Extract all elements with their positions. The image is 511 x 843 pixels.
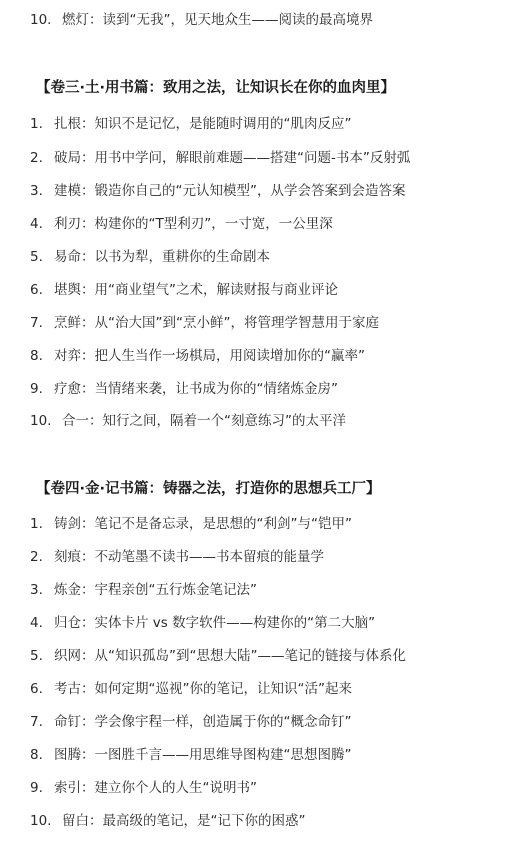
item-text: 堪舆：用“商业望气”之术，解读财报与商业评论 — [54, 282, 338, 298]
list-item: 4.利刃：构建你的“T型利刃”，一寸宽，一公里深 — [30, 215, 333, 233]
item-number: 6. — [30, 680, 54, 698]
item-number: 10. — [30, 412, 62, 430]
item-number: 3. — [30, 581, 54, 599]
item-number: 5. — [30, 647, 54, 665]
item-text: 烹鲜：从“治大国”到“烹小鲜”，将管理学智慧用于家庭 — [54, 315, 379, 331]
list-item: 5.易命：以书为犁，重耕你的生命剧本 — [30, 248, 270, 266]
item-text: 易命：以书为犁，重耕你的生命剧本 — [54, 249, 270, 265]
item-number: 10. — [30, 11, 62, 29]
item-number: 7. — [30, 713, 54, 731]
item-number: 2. — [30, 149, 54, 167]
item-text: 考古：如何定期“巡视”你的笔记，让知识“活”起来 — [54, 681, 352, 697]
item-text: 留白：最高级的笔记，是“记下你的困惑” — [62, 813, 306, 829]
list-item: 8.图腾：一图胜千言——用思维导图构建“思想图腾” — [30, 746, 352, 764]
item-text: 图腾：一图胜千言——用思维导图构建“思想图腾” — [54, 747, 352, 763]
item-text: 建模：锻造你自己的“元认知模型”，从学会答案到会造答案 — [54, 183, 406, 199]
list-item: 3.炼金：宇程亲创“五行炼金笔记法” — [30, 581, 257, 599]
list-item: 9.索引：建立你个人的人生“说明书” — [30, 779, 257, 797]
list-item: 10.留白：最高级的笔记，是“记下你的困惑” — [30, 812, 306, 830]
list-item: 8.对弈：把人生当作一场棋局，用阅读增加你的“赢率” — [30, 347, 365, 365]
item-text: 刻痕：不动笔墨不读书——书本留痕的能量学 — [54, 549, 324, 565]
item-number: 4. — [30, 215, 54, 233]
item-number: 1. — [30, 515, 54, 533]
item-text: 归仓：实体卡片 vs 数字软件——构建你的“第二大脑” — [54, 615, 375, 631]
list-item: 2.刻痕：不动笔墨不读书——书本留痕的能量学 — [30, 548, 324, 566]
item-text: 合一：知行之间，隔着一个“刻意练习”的太平洋 — [62, 413, 346, 429]
item-number: 9. — [30, 380, 54, 398]
list-item: 7.命钉：学会像宇程一样，创造属于你的“概念命钉” — [30, 713, 352, 731]
item-text: 对弈：把人生当作一场棋局，用阅读增加你的“赢率” — [54, 348, 365, 364]
item-number: 4. — [30, 614, 54, 632]
item-number: 3. — [30, 182, 54, 200]
item-number: 6. — [30, 281, 54, 299]
item-text: 利刃：构建你的“T型利刃”，一寸宽，一公里深 — [54, 216, 333, 232]
list-item: 6.堪舆：用“商业望气”之术，解读财报与商业评论 — [30, 281, 338, 299]
list-item: 5.织网：从“知识孤岛”到“思想大陆”——笔记的链接与体系化 — [30, 647, 406, 665]
item-number: 2. — [30, 548, 54, 566]
item-text: 索引：建立你个人的人生“说明书” — [54, 780, 257, 796]
item-text: 燃灯：读到“无我”，见天地众生——阅读的最高境界 — [62, 12, 373, 28]
item-text: 命钉：学会像宇程一样，创造属于你的“概念命钉” — [54, 714, 352, 730]
item-number: 9. — [30, 779, 54, 797]
item-number: 1. — [30, 115, 54, 133]
item-number: 8. — [30, 746, 54, 764]
item-number: 10. — [30, 812, 62, 830]
list-item: 2.破局：用书中学问，解眼前难题——搭建“问题-书本”反射弧 — [30, 149, 410, 167]
item-text: 破局：用书中学问，解眼前难题——搭建“问题-书本”反射弧 — [54, 150, 410, 166]
list-item: 4.归仓：实体卡片 vs 数字软件——构建你的“第二大脑” — [30, 614, 375, 632]
section-heading: 【卷四·金·记书篇：铸器之法，打造你的思想兵工厂】 — [36, 479, 381, 499]
list-item: 10.合一：知行之间，隔着一个“刻意练习”的太平洋 — [30, 412, 346, 430]
list-item: 1.扎根：知识不是记忆，是能随时调用的“肌肉反应” — [30, 115, 352, 133]
list-item: 9.疗愈：当情绪来袭，让书成为你的“情绪炼金房” — [30, 380, 338, 398]
item-text: 疗愈：当情绪来袭，让书成为你的“情绪炼金房” — [54, 381, 338, 397]
item-number: 7. — [30, 314, 54, 332]
list-item: 7.烹鲜：从“治大国”到“烹小鲜”，将管理学智慧用于家庭 — [30, 314, 379, 332]
item-number: 5. — [30, 248, 54, 266]
section-heading: 【卷三·土·用书篇：致用之法，让知识长在你的血肉里】 — [36, 78, 395, 98]
item-number: 8. — [30, 347, 54, 365]
list-item: 10.燃灯：读到“无我”，见天地众生——阅读的最高境界 — [30, 11, 373, 29]
item-text: 织网：从“知识孤岛”到“思想大陆”——笔记的链接与体系化 — [54, 648, 406, 664]
list-item: 1.铸剑：笔记不是备忘录，是思想的“利剑”与“铠甲” — [30, 515, 352, 533]
list-item: 3.建模：锻造你自己的“元认知模型”，从学会答案到会造答案 — [30, 182, 406, 200]
item-text: 铸剑：笔记不是备忘录，是思想的“利剑”与“铠甲” — [54, 516, 352, 532]
item-text: 炼金：宇程亲创“五行炼金笔记法” — [54, 582, 257, 598]
list-item: 6.考古：如何定期“巡视”你的笔记，让知识“活”起来 — [30, 680, 352, 698]
item-text: 扎根：知识不是记忆，是能随时调用的“肌肉反应” — [54, 116, 352, 132]
